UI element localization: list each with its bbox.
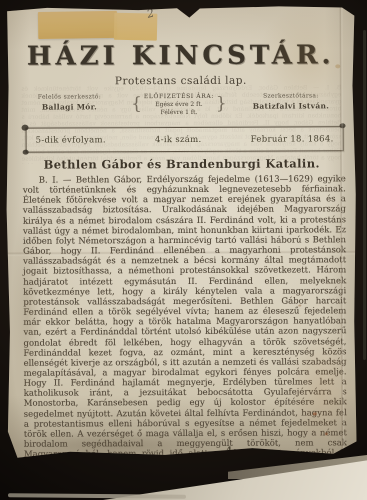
- ink-smudge: [23, 150, 29, 155]
- subscription-column: { ELŐFIZETÉSI ÁRA: Egész évre 2 ft. Félé…: [131, 93, 227, 116]
- issue-number: 4-ik szám.: [146, 134, 211, 144]
- article-body-text: B. I. — Bethlen Gábor, Erdélyország feje…: [23, 174, 347, 470]
- editor-name: Ballagi Mór.: [19, 102, 119, 111]
- newspaper-page: B. I. — Bethlen Gábor, Erdélyország feje…: [5, 4, 358, 459]
- coeditor-label: Szerkesztőtársa:: [238, 92, 343, 99]
- subscription-price-year: Egész évre 2 ft.: [144, 101, 214, 108]
- subscription-label: ELŐFIZETÉSI ÁRA:: [144, 93, 214, 100]
- masthead-subtitle: Protestans családi lap.: [5, 74, 356, 88]
- photograph-background: B. I. — Bethlen Gábor, Erdélyország feje…: [0, 0, 367, 500]
- tape-strip-left: [38, 11, 117, 39]
- page-number: 4: [226, 446, 232, 456]
- editor-label: Felelős szerkesztő:: [19, 93, 119, 100]
- dateline-box: 5-dik évfolyam. 4-ik szám. Február 18. 1…: [26, 126, 344, 152]
- editors-row: Felelős szerkesztő: Ballagi Mór. { ELŐFI…: [19, 92, 343, 116]
- masthead-title: HÁZI KINCSTÁR.: [5, 40, 356, 72]
- ink-smudge: [22, 125, 29, 131]
- coeditor-name: Batizfalvi István.: [238, 101, 343, 110]
- right-brace: }: [216, 96, 227, 113]
- bottom-page-sliver: [8, 493, 186, 499]
- right-page-sliver: [363, 30, 366, 360]
- subscription-lines: ELŐFIZETÉSI ÁRA: Egész évre 2 ft. Félévr…: [144, 93, 214, 116]
- article-headline: Bethlen Gábor és Brandenburgi Katalin.: [20, 156, 344, 171]
- editor-column: Felelős szerkesztő: Ballagi Mór.: [19, 93, 119, 111]
- subscription-price-halfyear: Félévre 1 ft.: [144, 109, 214, 116]
- coeditor-column: Szerkesztőtársa: Batizfalvi István.: [238, 92, 343, 110]
- volume-number: 5-dik évfolyam.: [27, 135, 115, 145]
- left-brace: {: [131, 96, 142, 113]
- issue-date: Február 18. 1864.: [242, 134, 343, 144]
